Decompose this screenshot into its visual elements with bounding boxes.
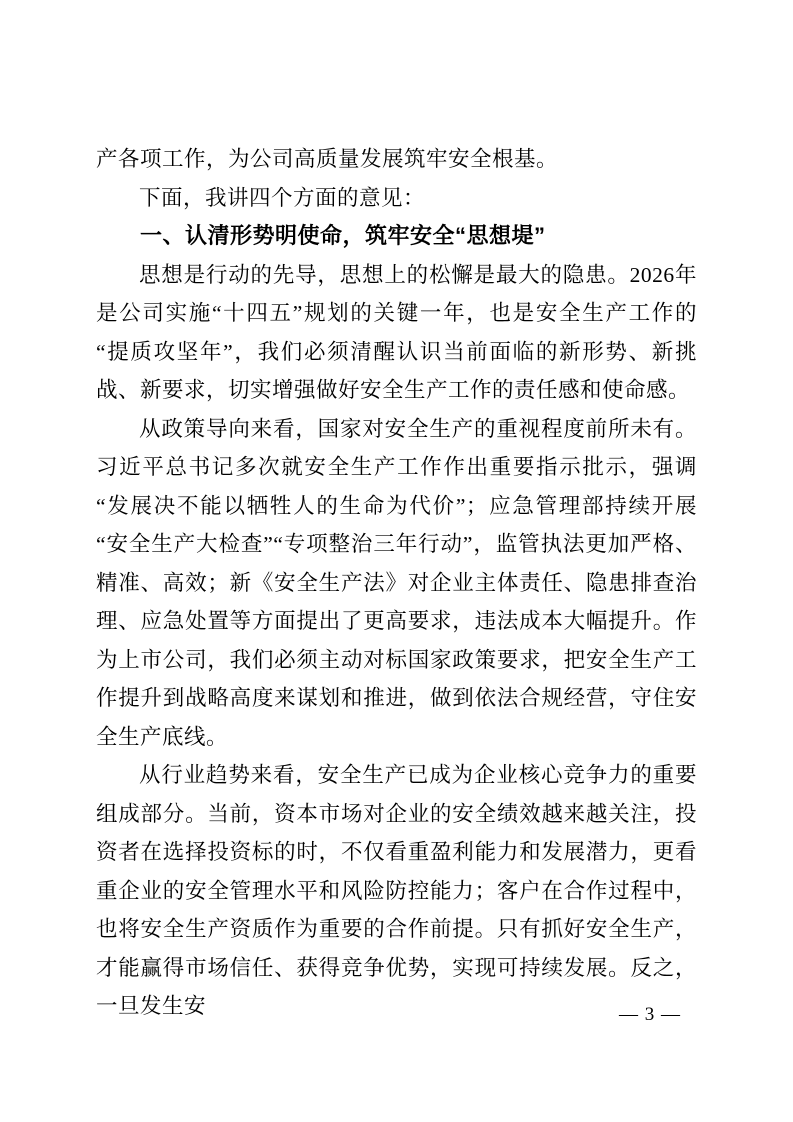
paragraph-continuation: 产各项工作，为公司高质量发展筑牢安全根基。: [96, 140, 697, 179]
paragraph-ideology: 思想是行动的先导，思想上的松懈是最大的隐患。2026年是公司实施“十四五”规划的…: [96, 256, 697, 410]
document-page: 产各项工作，为公司高质量发展筑牢安全根基。 下面，我讲四个方面的意见： 一、认清…: [0, 0, 793, 1122]
section-heading: 一、认清形势明使命，筑牢安全“思想堤”: [96, 217, 697, 256]
paragraph-policy: 从政策导向来看，国家对安全生产的重视程度前所未有。习近平总书记多次就安全生产工作…: [96, 410, 697, 757]
document-body: 产各项工作，为公司高质量发展筑牢安全根基。 下面，我讲四个方面的意见： 一、认清…: [96, 140, 697, 1026]
page-number: — 3 —: [619, 1000, 681, 1030]
paragraph-industry-trend: 从行业趋势来看，安全生产已成为企业核心竞争力的重要组成部分。当前，资本市场对企业…: [96, 756, 697, 1026]
paragraph-intro: 下面，我讲四个方面的意见：: [96, 179, 697, 218]
